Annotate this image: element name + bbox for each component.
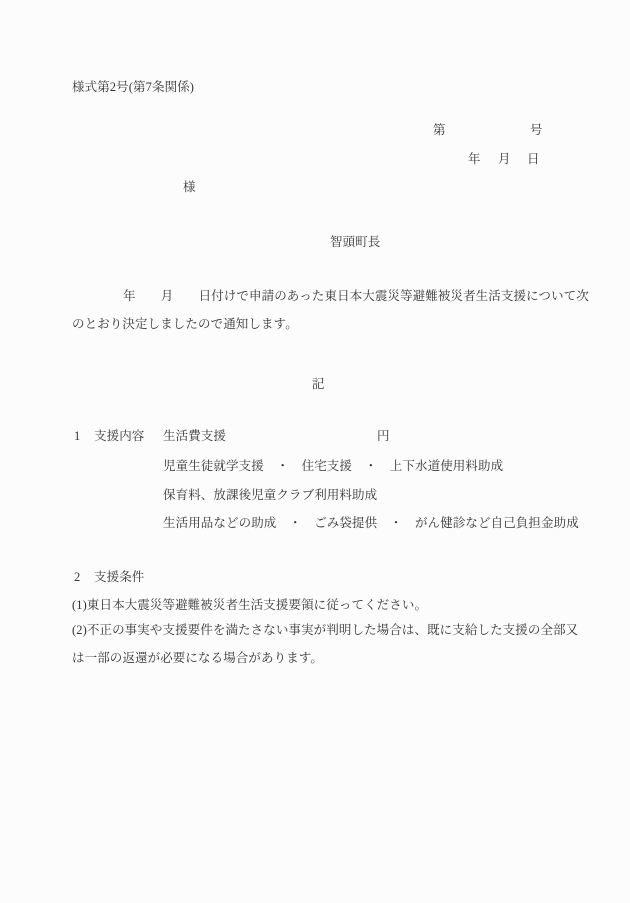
support-row-schooling-housing-water: 児童生徒就学支援 ・ 住宅支援 ・ 上下水道使用料助成 <box>163 459 503 474</box>
date-day-label: 日 <box>527 152 540 167</box>
section2-title: 支援条件 <box>94 570 144 585</box>
yen-unit-label: 円 <box>377 429 390 444</box>
condition-1: (1)東日本大震災等避難被災者生活支援要領に従ってください。 <box>72 598 427 613</box>
document-page: 様式第2号(第7条関係) 第 号 年 月 日 様 智頭町長 年 月 日付けで申請… <box>0 0 630 903</box>
date-month-label: 月 <box>498 152 511 167</box>
living-expense-support-label: 生活費支援 <box>163 429 226 444</box>
intro-paragraph-line1: 年 月 日付けで申請のあった東日本大震災等避難被災者生活支援について次 <box>123 289 589 304</box>
addressee-honorific: 様 <box>183 180 196 195</box>
intro-paragraph-line2: のとおり決定しましたので通知します。 <box>72 317 298 332</box>
support-row-childcare: 保育料、放課後児童クラブ利用料助成 <box>163 488 377 503</box>
section2-number: 2 <box>74 570 80 585</box>
doc-number-prefix: 第 <box>433 123 446 138</box>
support-row-daily-goods: 生活用品などの助成 ・ ごみ袋提供 ・ がん健診など自己負担金助成 <box>163 516 579 531</box>
condition-2-line1: (2)不正の事実や支援要件を満たさない事実が判明した場合は、既に支給した支援の全… <box>72 623 578 638</box>
sender-title: 智頭町長 <box>330 235 380 250</box>
section1-title: 支援内容 <box>94 429 144 444</box>
notice-marker: 記 <box>312 377 325 392</box>
section1-number: 1 <box>74 429 80 444</box>
date-year-label: 年 <box>468 152 481 167</box>
condition-2-line2: は一部の返還が必要になる場合があります。 <box>72 651 323 666</box>
doc-number-suffix: 号 <box>530 123 543 138</box>
form-id-label: 様式第2号(第7条関係) <box>72 80 194 95</box>
